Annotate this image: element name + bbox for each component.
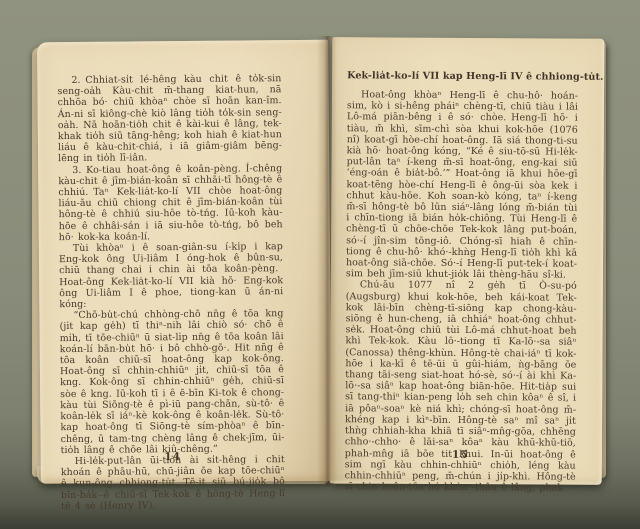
left-page-text: 2. Chhiat-si̍t lé-hêng kàu chit ê to̍k-s… bbox=[57, 73, 285, 512]
paragraph: Chú-āu 1077 nî 2 ge̍h tī Ò-su-pó (Augsbu… bbox=[345, 280, 577, 494]
paragraph: Tùi khòaⁿ i ê soan-giân-su í-ki̍p i kap … bbox=[59, 241, 284, 310]
running-header: Kek-lia̍t-ko-lí VII kap Heng-lī IV ê chh… bbox=[347, 70, 578, 82]
right-page-number: 15 bbox=[345, 448, 576, 461]
paragraph: 2. Chhiat-si̍t lé-hêng kàu chit ê to̍k-s… bbox=[57, 73, 282, 165]
left-page-number: 14 bbox=[61, 450, 285, 464]
left-page: 2. Chhiat-si̍t lé-hêng kàu chit ê to̍k-s… bbox=[37, 40, 332, 484]
right-page: Kek-lia̍t-ko-lí VII kap Heng-lī IV ê chh… bbox=[330, 37, 605, 485]
paragraph: “Chō-bu̍t-chú chhòng-chō nn̄g ê tōa kng … bbox=[59, 308, 284, 456]
paragraph: Hoat-ông khòaⁿ Heng-lī ê chu-hô· hoán-si… bbox=[346, 89, 578, 281]
open-book-photo: 2. Chhiat-si̍t lé-hêng kàu chit ê to̍k-s… bbox=[0, 0, 640, 529]
right-page-text: Kek-lia̍t-ko-lí VII kap Heng-lī IV ê chh… bbox=[345, 70, 579, 494]
right-page-paragraphs: Hoat-ông khòaⁿ Heng-lī ê chu-hô· hoán-si… bbox=[345, 89, 578, 494]
paragraph: 3. Ko-tiau hoat-ông ê koân-pèng. Í-chêng… bbox=[58, 163, 283, 243]
